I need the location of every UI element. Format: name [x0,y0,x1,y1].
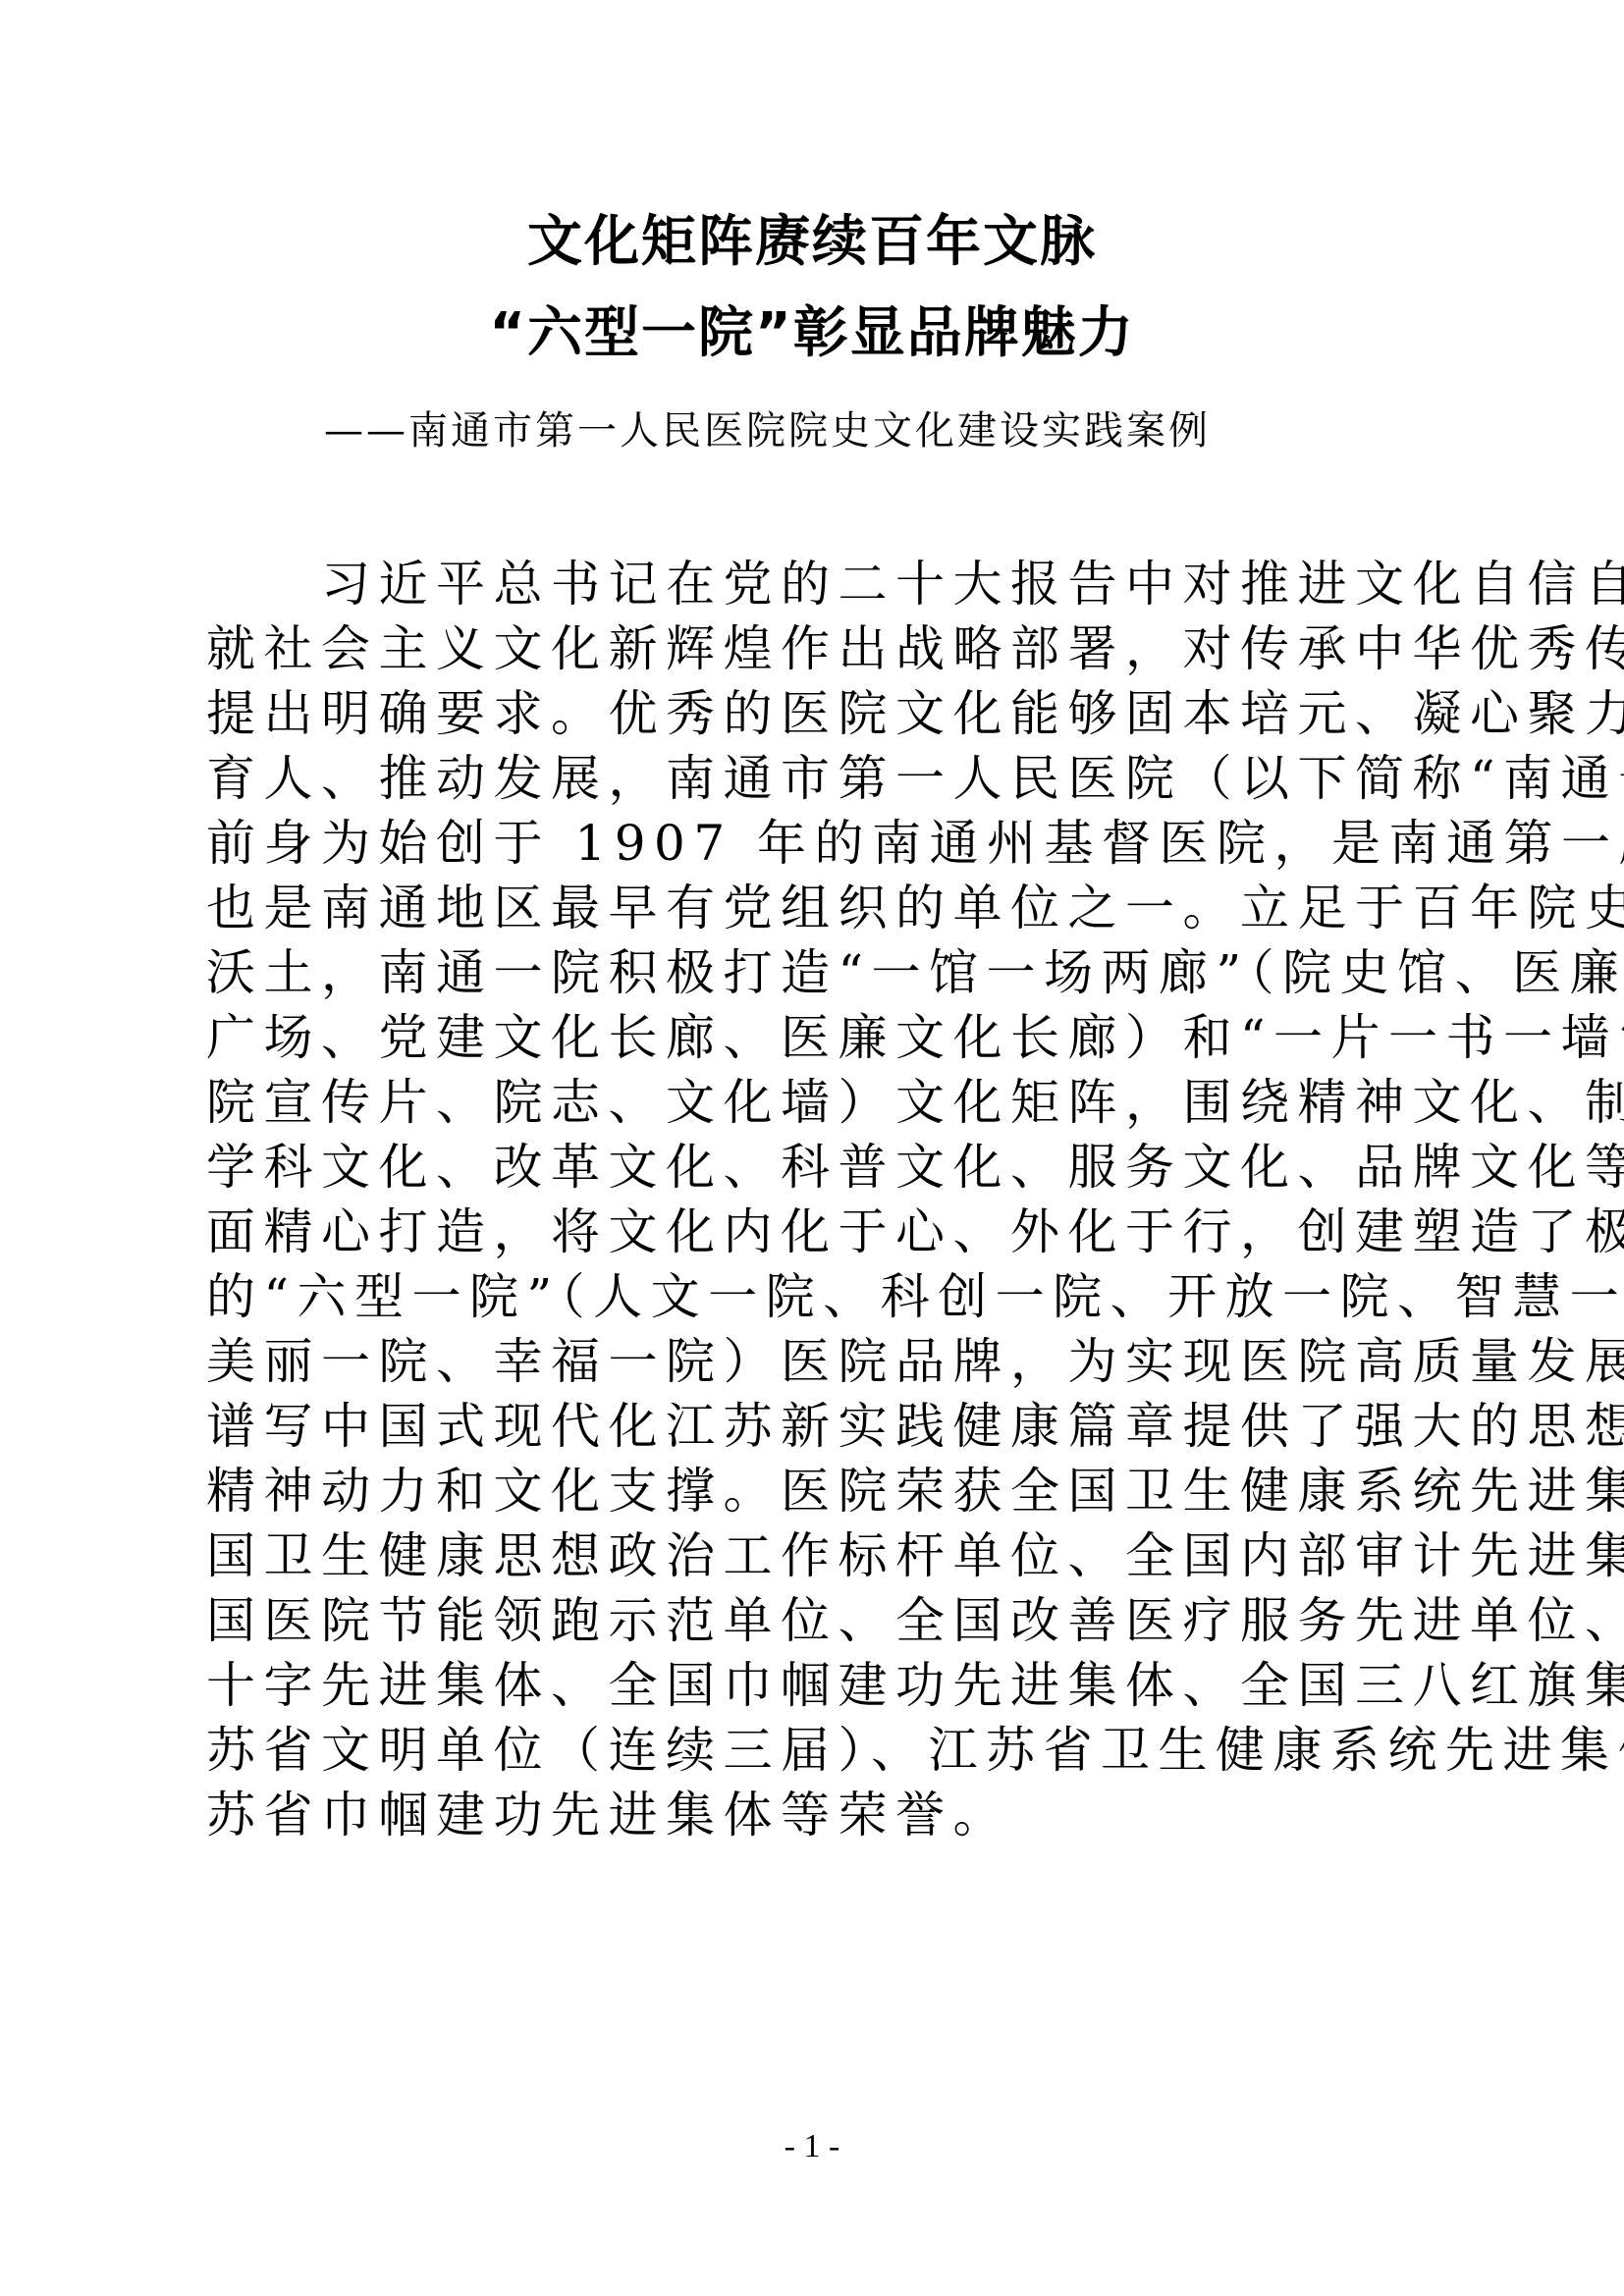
body-line: 院宣传片、院志、文化墙）文化矩阵，围绕精神文化、制度文化、 [206,1073,1429,1132]
body-line: 育人、推动发展，南通市第一人民医院（以下简称“南通一院”） [206,749,1429,808]
body-line: 苏省文明单位（连续三届）、江苏省卫生健康系统先进集体、江 [206,1721,1429,1780]
body-line: 习近平总书记在党的二十大报告中对推进文化自信自强，铸 [206,555,1429,614]
body-line: 苏省巾帼建功先进集体等荣誉。 [206,1786,1429,1844]
body-line: 谱写中国式现代化江苏新实践健康篇章提供了强大的思想保证、 [206,1397,1429,1456]
subtitle: ——南通市第一人民医院院史文化建设实践案例 [324,407,1306,454]
body-line: 美丽一院、幸福一院）医院品牌，为实现医院高质量发展、奋力 [206,1332,1429,1391]
title-line-1: 文化矩阵赓续百年文脉 [0,211,1624,274]
body-line: 广场、党建文化长廊、医廉文化长廊）和“一片一书一墙”（医 [206,1008,1429,1067]
body-line: 就社会主义文化新辉煌作出战略部署，对传承中华优秀传统文化 [206,619,1429,678]
body-line: 提出明确要求。优秀的医院文化能够固本培元、凝心聚力、铸魂 [206,684,1429,743]
body-line: 前身为始创于 1907 年的南通州基督医院，是南通第一所西医院， [206,814,1429,873]
body-line: 精神动力和文化支撑。医院荣获全国卫生健康系统先进集体、全 [206,1462,1429,1521]
body-line: 也是南通地区最早有党组织的单位之一。立足于百年院史文化的 [206,879,1429,937]
body-line: 沃土，南通一院积极打造“一馆一场两廊”（院史馆、医廉文化 [206,943,1429,1002]
body-line: 国医院节能领跑示范单位、全国改善医疗服务先进单位、全国红 [206,1591,1429,1650]
body-line: 的“六型一院”（人文一院、科创一院、开放一院、智慧一院、 [206,1267,1429,1326]
body-line: 面精心打造，将文化内化于心、外化于行，创建塑造了极具特色 [206,1202,1429,1261]
body-line: 十字先进集体、全国巾帼建功先进集体、全国三八红旗集体、江 [206,1656,1429,1715]
body-line: 学科文化、改革文化、科普文化、服务文化、品牌文化等多个方 [206,1138,1429,1197]
body-line: 国卫生健康思想政治工作标杆单位、全国内部审计先进集体、全 [206,1526,1429,1585]
page-number: - 1 - [0,2128,1624,2165]
title-line-2: “六型一院”彰显品牌魅力 [0,302,1624,365]
